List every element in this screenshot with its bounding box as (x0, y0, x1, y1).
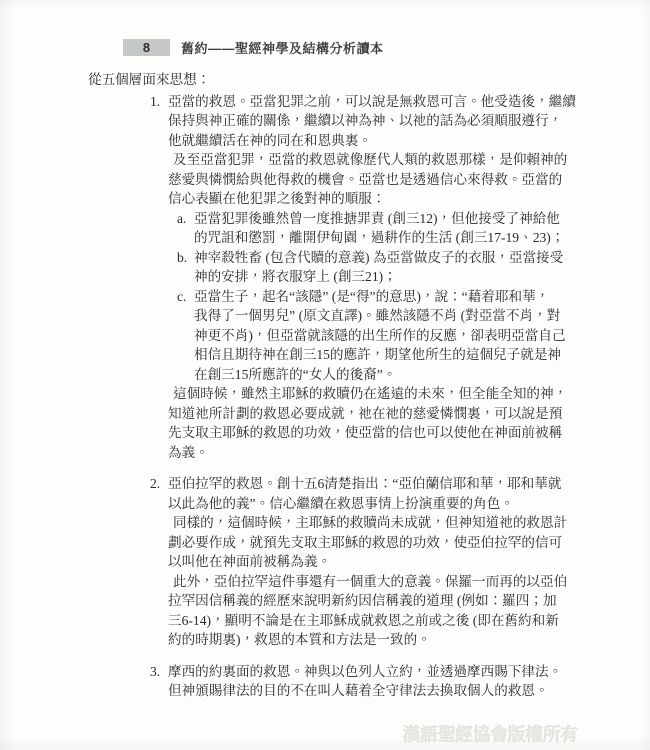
item-body: 摩西的約裏面的救恩。神與以色列人立約，並透過摩西賜下律法。 但神頒賜律法的目的不… (168, 662, 590, 701)
running-head: 8 舊約——聖經神學及結構分析讀本 (123, 38, 384, 57)
sub-item-text: 神宰殺牲畜 (包含代贖的意義) 為亞當做皮子的衣服，亞當接受 神的安排，將衣服穿… (194, 248, 590, 287)
paragraph: 此外，亞伯拉罕這件事還有一個重大的意義。保羅一而再的以亞伯 拉罕因信稱義的經歷來… (168, 572, 590, 650)
sub-item-text: 亞當犯罪後雖然曾一度推搪罪責 (創三12)，但他接受了神給他 的咒詛和懲罰，離開… (194, 209, 590, 248)
sub-item-a: a. 亞當犯罪後雖然曾一度推搪罪責 (創三12)，但他接受了神給他 的咒詛和懲罰… (168, 209, 590, 248)
item-number: 1. (150, 92, 168, 463)
sub-item-text: 亞當生子，起名“該隱” (是“得”的意思)，說：“藉着耶和華， 我得了一個男兒”… (194, 287, 590, 385)
sub-item-label: b. (177, 248, 194, 287)
page-content: 從五個層面來思想： 1. 亞當的救恩。亞當犯罪之前，可以說是無救恩可言。他受造後… (88, 70, 608, 701)
sub-item-label: a. (177, 209, 194, 248)
item-body: 亞當的救恩。亞當犯罪之前，可以說是無救恩可言。他受造後，繼續 保持與神正確的關係… (168, 92, 590, 463)
intro-line: 從五個層面來思想： (88, 70, 608, 90)
item-body: 亞伯拉罕的救恩。創十五6清楚指出：“亞伯蘭信耶和華，耶和華就 以此為他的義”。信… (168, 474, 590, 650)
paragraph: 摩西的約裏面的救恩。神與以色列人立約，並透過摩西賜下律法。 但神頒賜律法的目的不… (168, 662, 590, 701)
copyright-watermark: 漢語聖經協會版權所有 (403, 721, 578, 747)
list-item-1: 1. 亞當的救恩。亞當犯罪之前，可以說是無救恩可言。他受造後，繼續 保持與神正確… (88, 92, 608, 463)
book-title: 舊約——聖經神學及結構分析讀本 (181, 38, 384, 57)
paragraph: 及至亞當犯罪，亞當的救恩就像歷代人類的救恩那樣，是仰賴神的 慈愛與憐憫給與他得救… (168, 150, 590, 209)
book-page: 8 舊約——聖經神學及結構分析讀本 從五個層面來思想： 1. 亞當的救恩。亞當犯… (0, 0, 650, 750)
list-item-3: 3. 摩西的約裏面的救恩。神與以色列人立約，並透過摩西賜下律法。 但神頒賜律法的… (88, 662, 608, 701)
list-item-2: 2. 亞伯拉罕的救恩。創十五6清楚指出：“亞伯蘭信耶和華，耶和華就 以此為他的義… (88, 474, 608, 650)
page-number-badge: 8 (123, 39, 170, 56)
paragraph: 亞伯拉罕的救恩。創十五6清楚指出：“亞伯蘭信耶和華，耶和華就 以此為他的義”。信… (168, 474, 590, 513)
paragraph: 這個時候，雖然主耶穌的救贖仍在遙遠的未來，但全能全知的神， 知道祂所計劃的救恩必… (168, 384, 590, 462)
item-number: 2. (150, 474, 168, 650)
sub-item-b: b. 神宰殺牲畜 (包含代贖的意義) 為亞當做皮子的衣服，亞當接受 神的安排，將… (168, 248, 590, 287)
outline-list: 1. 亞當的救恩。亞當犯罪之前，可以說是無救恩可言。他受造後，繼續 保持與神正確… (88, 92, 608, 701)
paragraph: 同樣的，這個時候，主耶穌的救贖尚未成就，但神知道祂的救恩計 劃必要作成，就預先支… (168, 513, 590, 572)
paragraph: 亞當的救恩。亞當犯罪之前，可以說是無救恩可言。他受造後，繼續 保持與神正確的關係… (168, 92, 590, 151)
sub-item-label: c. (177, 287, 194, 385)
sub-item-c: c. 亞當生子，起名“該隱” (是“得”的意思)，說：“藉着耶和華， 我得了一個… (168, 287, 590, 385)
item-number: 3. (150, 662, 168, 701)
